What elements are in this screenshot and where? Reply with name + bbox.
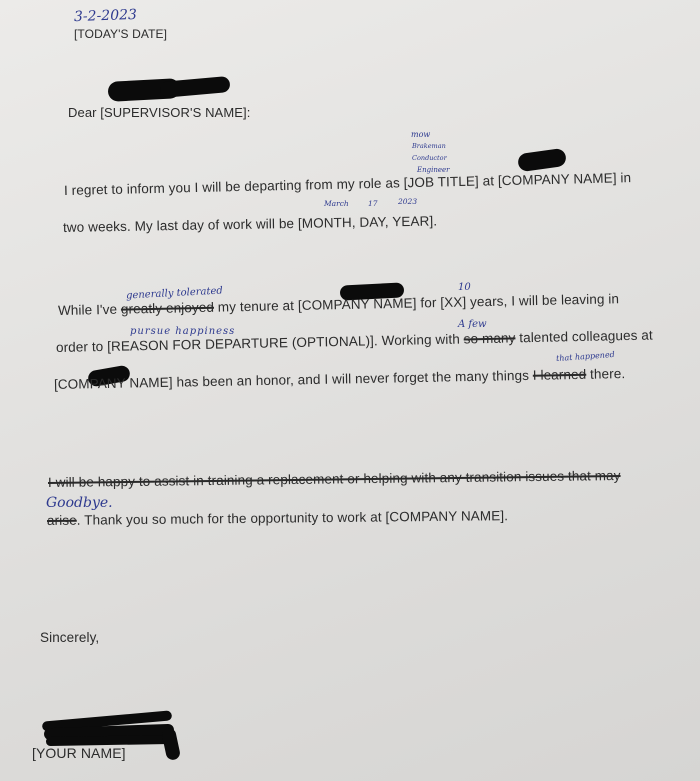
struck-text: I learned [533,367,587,383]
letter-page: 3-2-2023 [TODAY'S DATE] Dear [SUPERVISOR… [0,0,700,781]
handwritten-month: March [324,199,349,208]
paragraph3-line2: arise. Thank you so much for the opportu… [47,508,508,528]
signature-placeholder: [YOUR NAME] [32,745,126,761]
text: talented colleagues at [515,328,653,346]
signature-redaction [161,727,181,761]
text: I regret to inform you I will be departi… [64,175,404,198]
job-title-placeholder: [JOB TITLE] [404,174,479,191]
struck-text: so many [464,330,516,346]
handwritten-a-few: A few [458,319,487,330]
handwritten-that-happened: that happened [556,350,615,363]
handwritten-year: 2023 [398,197,417,206]
text: While I've [58,302,121,318]
handwritten-job-title-3: Conductor [412,154,447,162]
text: there. [586,366,625,382]
struck-text: arise [47,513,77,528]
text: order to [REASON FOR DEPARTURE (OPTIONAL… [56,331,464,355]
handwritten-date: 3-2-2023 [74,7,137,25]
paragraph2-line3: [COMPANY NAME] has been an honor, and I … [54,366,626,392]
handwritten-pursue-happiness: pursue happiness [130,326,235,337]
text: at [COMPANY NAME] in [479,170,632,188]
handwritten-job-title-4: Engineer [417,166,449,174]
struck-sentence: I will be happy to assist in training a … [48,468,621,490]
handwritten-job-title-2: Brakeman [412,142,446,150]
handwritten-job-title-1: mow [411,130,430,139]
handwritten-day: 17 [368,199,378,208]
date-placeholder: [TODAY'S DATE] [74,27,167,41]
salutation: Dear [SUPERVISOR'S NAME]: [68,105,250,120]
paragraph1-line1: I regret to inform you I will be departi… [64,170,631,198]
redaction-mark [517,148,567,173]
text: . Thank you so much for the opportunity … [77,508,508,528]
text: two weeks. My last day of work will be [63,216,298,235]
paragraph1-line2: two weeks. My last day of work will be [… [63,213,437,235]
date-placeholder: [MONTH, DAY, YEAR]. [298,213,437,230]
text: my tenure at [COMPANY NAME] for [XX] yea… [214,291,619,314]
struck-text: greatly enjoyed [121,300,214,317]
handwritten-goodbye: Goodbye. [46,495,113,511]
valediction: Sincerely, [40,630,99,645]
handwritten-years: 10 [458,282,471,293]
